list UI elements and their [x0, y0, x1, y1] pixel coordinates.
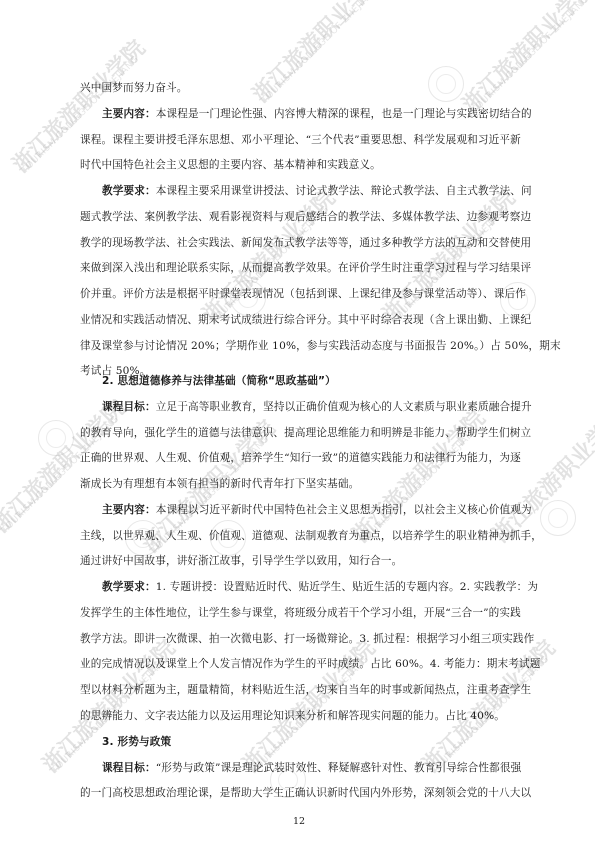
paragraph-line: 律及课堂参与讨论情况 20%；学期作业 10%，参与实践活动态度与书面报告 20… — [80, 339, 518, 353]
paragraph-line: 兴中国梦而努力奋斗。 — [80, 81, 518, 95]
section-label: 课程目标： — [102, 762, 156, 774]
paragraph-line: 主要内容：本课程以习近平新时代中国特色社会主义思想为指引，以社会主义核心价值观为 — [102, 503, 518, 517]
paragraph-line: 主线，以世界观、人生观、价值观、道德观、法制观教育为重点，以培养学生的职业精神为… — [80, 529, 518, 543]
paragraph-line: 教学要求：1. 专题讲授：设置贴近时代、贴近学生、贴近生活的专题内容。2. 实践… — [102, 580, 518, 594]
paragraph-line: 课程目标：“形势与政策”课是理论武装时效性、释疑解惑针对性、教育引导综合性都很强 — [102, 761, 518, 775]
watermark-text: 浙江旅游职业学院 — [485, 402, 595, 548]
watermark-text: 浙江旅游职业学院 — [415, 632, 561, 778]
section-label: 课程目标： — [102, 401, 156, 413]
paragraph-line: 教学的现场教学法、社会实践法、新闻发布式教学法等等，通过多种教学方法的互动和交替… — [80, 236, 518, 250]
section-label: 教学要求： — [102, 185, 156, 197]
watermark-subtext: TOURISM COLLEGE OF ZHEJIANG — [470, 0, 591, 116]
paragraph-line: 教学要求：本课程主要采用课堂讲授法、讨论式教学法、辩论式教学法、自主式教学法、问 — [102, 184, 518, 198]
paragraph-line: 业情况和实践活动情况、期末考试成绩进行综合评分。其中平时综合表现（含上课出勤、上… — [80, 313, 518, 327]
watermark-text: 浙江旅游职业学院 — [345, 402, 491, 548]
paragraph-line: 题式教学法、案例教学法、观看影视资料与观后感结合的教学法、多媒体教学法、边参观考… — [80, 210, 518, 224]
watermark-text: 浙江旅游职业学院 — [35, 632, 181, 778]
watermark-text: 浙江旅游职业学院 — [235, 632, 381, 778]
paragraph-line: 的思辨能力、文字表达能力以及运用理论知识来分析和解答现实问题的能力。占比 40%… — [80, 709, 518, 723]
paragraph-line: 业的完成情况以及课堂上个人发言情况作为学生的平时成绩。占比 60%。4. 考能力… — [80, 657, 518, 671]
paragraph-line: 主要内容：本课程是一门理论性强、内容博大精深的课程，也是一门理论与实践密切结合的 — [102, 107, 518, 121]
watermark-text: 浙江旅游职业学院 — [5, 32, 151, 178]
section-heading: 3. 形势与政策 — [102, 735, 518, 749]
paragraph-line: 型以材料分析题为主，题量精简，材料贴近生活，均来自当年的时事或新闻热点，注重考查… — [80, 683, 518, 697]
section-label: 主要内容： — [102, 504, 156, 516]
paragraph-line: 的教育导向，强化学生的道德与法律意识、提高理论思维能力和明辨是非能力、帮助学生们… — [80, 426, 518, 440]
paragraph-line: 正确的世界观、人生观、价值观，培养学生“知行一致”的道德实践能力和法律行为能力，… — [80, 451, 518, 465]
paragraph-line: 时代中国特色社会主义思想的主要内容、基本精神和实践意义。 — [80, 158, 518, 172]
paragraph-line: 教学方法。即讲一次微课、拍一次微电影、打一场微辩论。3. 抓过程：根据学习小组三… — [80, 632, 518, 646]
section-label: 教学要求： — [102, 581, 156, 593]
paragraph-line: 来做到深入浅出和理论联系实际，从而提高教学效果。在评价学生时注重学习过程与学习结… — [80, 261, 518, 275]
college-seal-icon — [38, 420, 74, 456]
page-number: 12 — [80, 816, 518, 827]
paragraph-line: 价并重。评价方法是根据平时课堂表现情况（包括到课、上课纪律及参与课堂活动等）、课… — [80, 287, 518, 301]
college-seal-icon — [540, 500, 576, 536]
paragraph-line: 通过讲好中国故事，讲好浙江故事，引导学生学以致用，知行合一。 — [80, 554, 518, 568]
watermark-text: 浙江旅游职业学院 — [195, 182, 341, 328]
paragraph-line: 课程目标：立足于高等职业教育，坚持以正确价值观为核心的人文素质与职业素质融合提升 — [102, 400, 518, 414]
section-label: 主要内容： — [102, 108, 156, 120]
watermark-text: 浙江旅游职业学院 — [455, 0, 595, 119]
paragraph-line: 课程。课程主要讲授毛泽东思想、邓小平理论、“三个代表”重要思想、科学发展观和习近… — [80, 133, 518, 147]
watermark-text: 浙江旅游职业学院 — [375, 182, 521, 328]
paragraph-line: 的一门高校思想政治理论课，是帮助大学生正确认识新时代国内外形势，深刻领会党的十八… — [80, 786, 518, 800]
section-heading: 2. 思想道德修养与法律基础（简称“思政基础”） — [102, 374, 518, 388]
paragraph-line: 渐成长为有理想有本领有担当的新时代青年打下坚实基础。 — [80, 477, 518, 491]
paragraph-line: 发挥学生的主体性地位，让学生参与课堂，将班级分成若干个学习小组，开展“三合一”的… — [80, 606, 518, 620]
